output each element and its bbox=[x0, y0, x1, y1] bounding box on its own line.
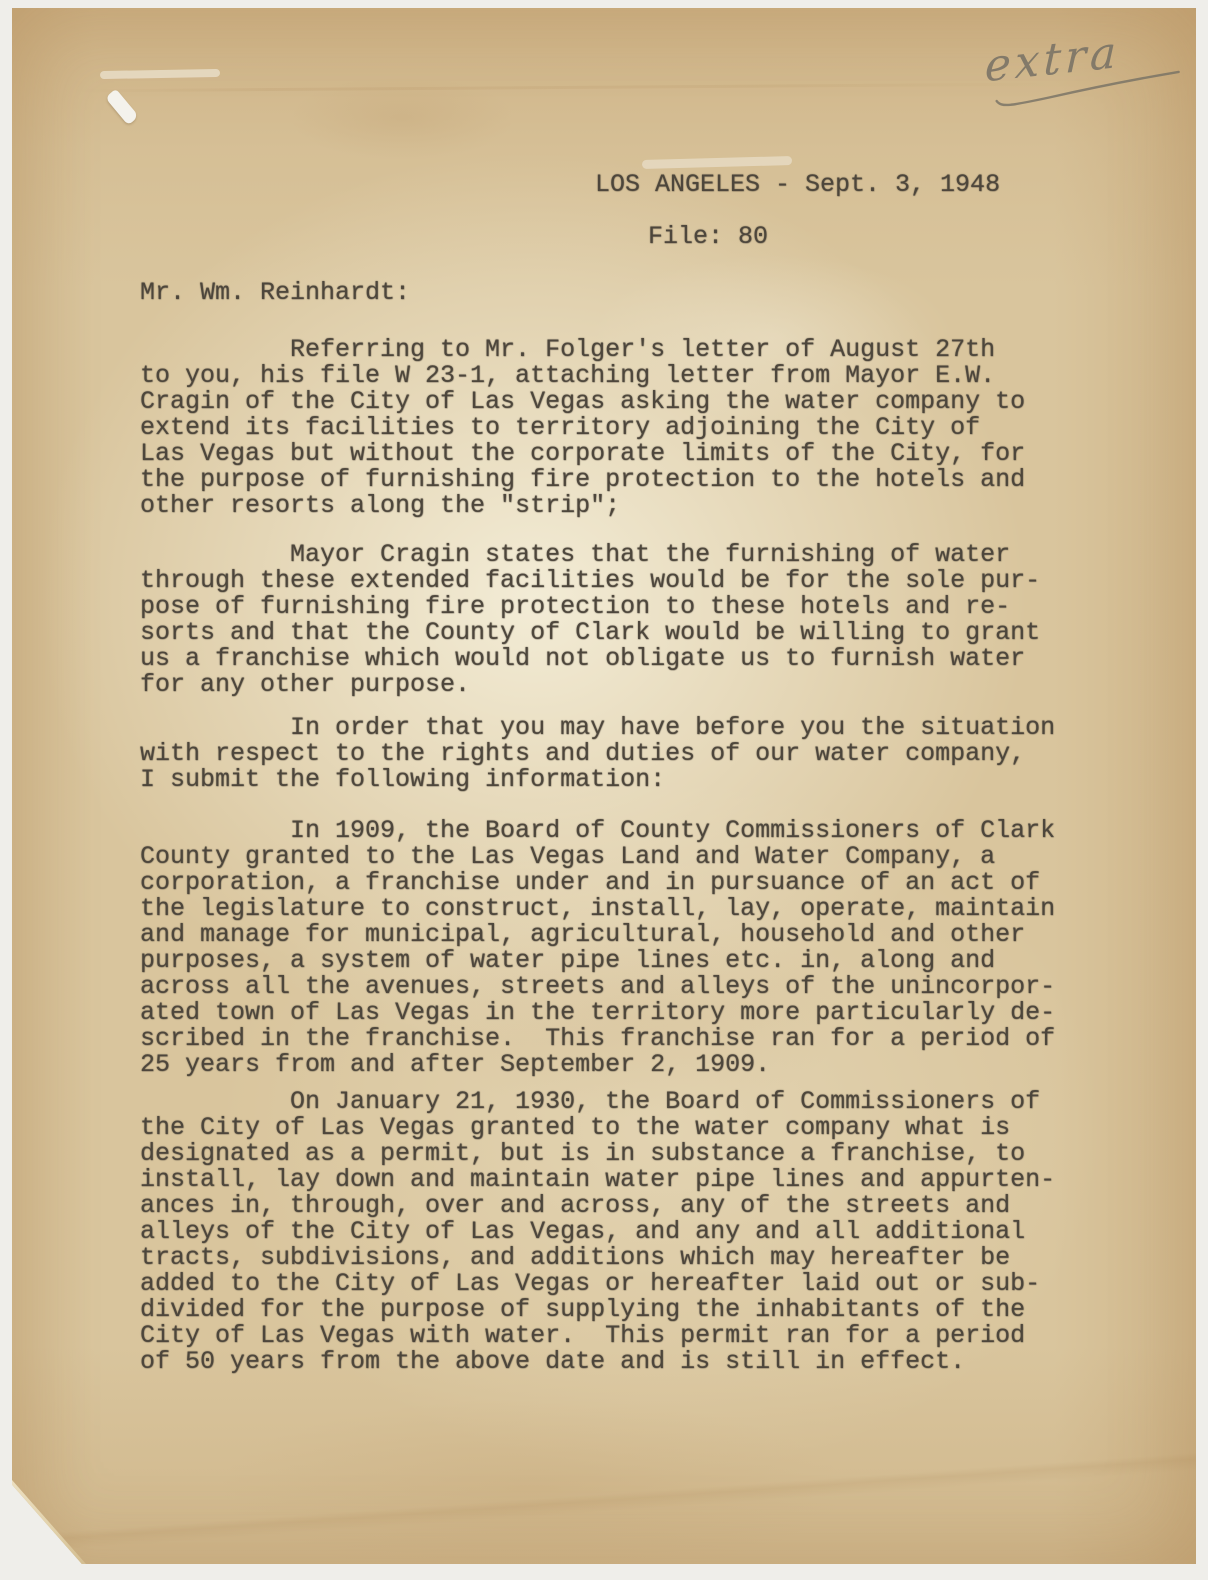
paragraph-1: Referring to Mr. Folger's letter of Augu… bbox=[140, 337, 1025, 519]
paragraph-2: Mayor Cragin states that the furnishing … bbox=[140, 542, 1040, 698]
paragraph-5: On January 21, 1930, the Board of Commis… bbox=[140, 1089, 1055, 1375]
letter-text-layer: extra LOS ANGELES - Sept. 3, 1948 File: … bbox=[12, 8, 1196, 1564]
file-number-line: File: 80 bbox=[648, 224, 768, 250]
letter-page: extra LOS ANGELES - Sept. 3, 1948 File: … bbox=[12, 8, 1196, 1564]
paragraph-3: In order that you may have before you th… bbox=[140, 715, 1055, 793]
handwritten-note: extra bbox=[982, 19, 1201, 140]
paragraph-4: In 1909, the Board of County Commissione… bbox=[140, 818, 1055, 1078]
dateline: LOS ANGELES - Sept. 3, 1948 bbox=[595, 172, 1000, 198]
salutation: Mr. Wm. Reinhardt: bbox=[140, 280, 410, 306]
